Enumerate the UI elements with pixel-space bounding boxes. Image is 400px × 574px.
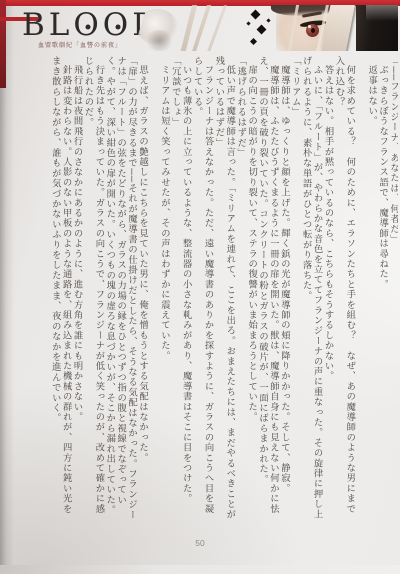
novel-paragraph bbox=[354, 56, 365, 524]
grey-corner-shade bbox=[366, 5, 398, 21]
novel-paragraph: 針路は変わらない。人影のない甲板のような通路を、組み込まれた機械の群れが、四方に… bbox=[49, 56, 71, 524]
novel-paragraph: 答えはない。相手が黙っているのなら、こちらもそうするしかない。 bbox=[322, 56, 333, 524]
novel-paragraph: いつも薄氷の上に立っているような、整流器の小さな軋みがあり、魔導書はそこに目をつ… bbox=[180, 56, 191, 524]
glove-shadow bbox=[144, 30, 176, 51]
argyle-diamond-icon bbox=[251, 9, 261, 19]
novel-paragraph: ミリアムは短く笑ってみせたが、その声はわずかに震えていた。 bbox=[158, 56, 169, 524]
logo-letter: B bbox=[22, 10, 49, 40]
page-bottom-edge bbox=[0, 565, 400, 574]
novel-paragraph: 何を求めている？ 何のために、エラソンたちと手を組む？ なぜ、あの魔導師のような… bbox=[332, 56, 354, 524]
novel-text-block: 「──フランジーナ、あなたは、何者だ」ぶっきらぼうなフランス語で、魔導師は尋ねた… bbox=[48, 56, 398, 524]
logo-letter-o-icon: O bbox=[73, 10, 102, 40]
novel-paragraph: 扉の向こうの暗がりを切り裂いて、ステラの復讐がいま始まろうとしていた。 bbox=[245, 56, 256, 524]
header-illustration bbox=[133, 5, 398, 51]
logo-letter-o-icon: O bbox=[103, 10, 132, 40]
novel-paragraph: 「──フランジーナ、あなたは、何者だ」 bbox=[387, 56, 398, 524]
novel-paragraph: 魔導師は、ゆっくりと顔を上げた。輝く鋲の光が魔導師の頬に降りかかった。そして、静… bbox=[278, 56, 289, 524]
spine-red-strip bbox=[0, 0, 6, 88]
novel-paragraph bbox=[147, 56, 158, 524]
novel-paragraph: 魔導師は、ふたたびうずくまるように一冊の扉を開いた。獣は、魔導師自身にも見えない… bbox=[256, 56, 278, 524]
book-page: BLOOD 血盟歌劇紀「血讐の前夜」 「──フランジーナ、あなたは、何者だ」ぶっ bbox=[0, 0, 400, 574]
novel-paragraph: ふいに、「フルート」が、やわらかな音色を立ててフランジーナの声に重なった。その旋… bbox=[300, 56, 322, 524]
novel-paragraph: 「逃げられるはずだ」 bbox=[234, 56, 245, 524]
novel-paragraph: 行き先はもう決まっていた。ガラスの向こうで、フランジーナが低く笑ったのが、改めて… bbox=[82, 56, 104, 524]
novel-paragraph: ぶっきらぼうなフランス語で、魔導師は尋ねた。 bbox=[376, 56, 387, 524]
logo-letter: L bbox=[49, 10, 74, 40]
novel-paragraph: 「扉」の力が尽きるまで──それが魔導書の仕掛けだとしたら、そうなる気配はなかった… bbox=[103, 56, 136, 524]
novel-paragraph: フランジーナは答えなかった。ただ、遠い魔導書のありかを探すように、ガラスの向こう… bbox=[191, 56, 213, 524]
page-number: 50 bbox=[191, 538, 209, 548]
argyle-diamond-icon bbox=[250, 38, 257, 45]
argyle-dot-icon bbox=[246, 22, 250, 26]
novel-paragraph: 飛行船は夜間飛行のさなかにあるかのように、進む方角を誰にも明かさない。 bbox=[71, 56, 82, 524]
argyle-dot-icon bbox=[266, 18, 270, 22]
argyle-diamond-icon bbox=[256, 25, 266, 35]
novel-paragraph: 思えば、ガラスの艶越しにこちらを見ていた男に、俺を憎もうとする気配はなかった。 bbox=[136, 56, 147, 524]
novel-paragraph: 「ミリアム」 bbox=[289, 56, 300, 524]
novel-paragraph: 返事はない。 bbox=[365, 56, 376, 524]
novel-paragraph: 低い声で魔導師は言った。「ミリアムを連れて、ここを出ろ。おまえたちには、まだやる… bbox=[213, 56, 235, 524]
eye-highlight bbox=[308, 25, 311, 28]
novel-paragraph: 「冗談でしょ」 bbox=[169, 56, 180, 524]
